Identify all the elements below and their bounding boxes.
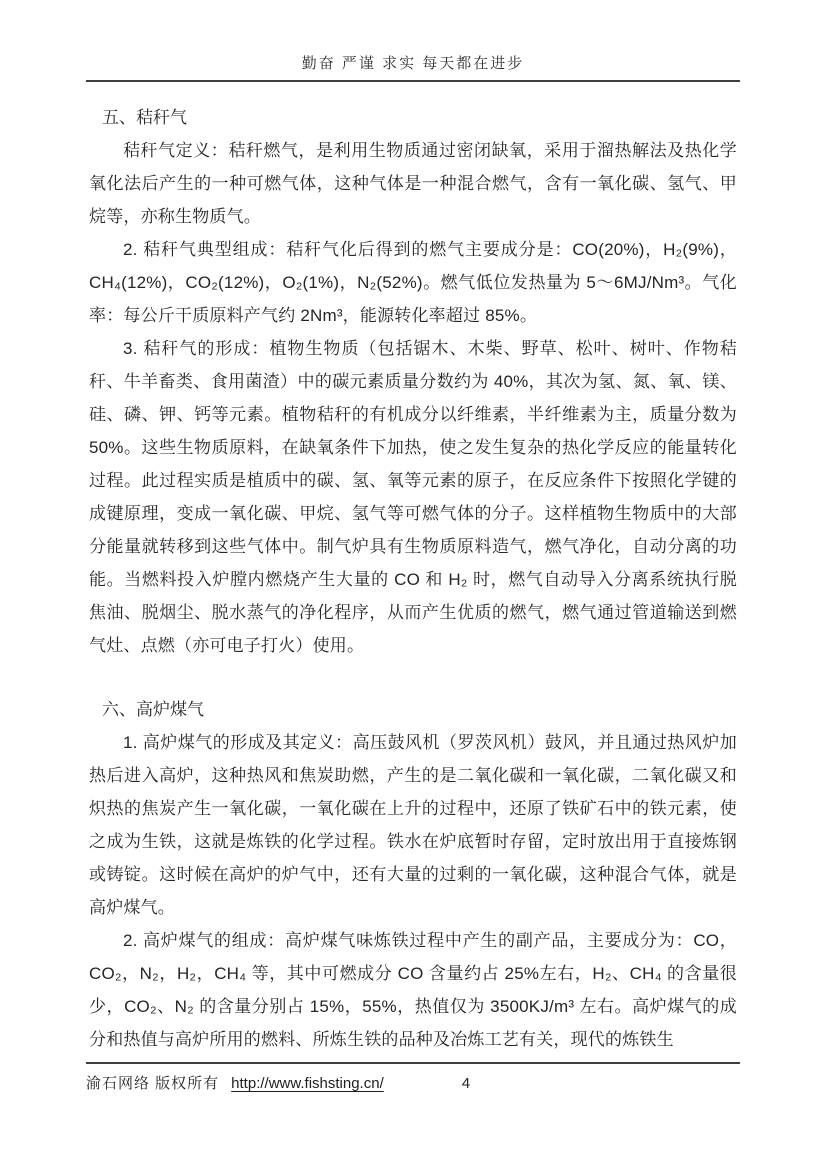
page-header: 勤奋 严谨 求实 每天都在进步 xyxy=(86,0,740,82)
paragraph: 秸秆气定义：秸秆燃气，是利用生物质通过密闭缺氧，采用于溜热解法及热化学氧化法后产… xyxy=(89,134,737,233)
document-body: 五、秸秆气 秸秆气定义：秸秆燃气，是利用生物质通过密闭缺氧，采用于溜热解法及热化… xyxy=(89,101,737,1056)
document-page: 勤奋 严谨 求实 每天都在进步 五、秸秆气 秸秆气定义：秸秆燃气，是利用生物质通… xyxy=(0,0,826,1169)
paragraph: 3. 秸秆气的形成：植物生物质（包括锯木、木柴、野草、松叶、树叶、作物秸秆、牛羊… xyxy=(89,332,737,662)
section-title-straw-gas: 五、秸秆气 xyxy=(89,101,737,134)
footer-copyright: 渝石网络 版权所有 xyxy=(86,1072,219,1093)
section-straw-gas: 五、秸秆气 秸秆气定义：秸秆燃气，是利用生物质通过密闭缺氧，采用于溜热解法及热化… xyxy=(89,101,737,662)
page-footer: 渝石网络 版权所有 http://www.fishsting.cn/ 4 xyxy=(86,1062,740,1093)
paragraph: 2. 高炉煤气的组成：高炉煤气味炼铁过程中产生的副产品，主要成分为：CO，CO₂… xyxy=(89,924,737,1056)
footer-url-link[interactable]: http://www.fishsting.cn/ xyxy=(231,1075,384,1092)
footer-page-number: 4 xyxy=(462,1075,470,1092)
header-rule xyxy=(86,80,740,82)
paragraph: 2. 秸秆气典型组成：秸秆气化后得到的燃气主要成分是：CO(20%)，H₂(9%… xyxy=(89,233,737,332)
header-motto: 勤奋 严谨 求实 每天都在进步 xyxy=(86,0,740,73)
paragraph: 1. 高炉煤气的形成及其定义：高压鼓风机（罗茨风机）鼓风，并且通过热风炉加热后进… xyxy=(89,726,737,924)
section-title-blast-furnace-gas: 六、高炉煤气 xyxy=(89,693,737,726)
section-blast-furnace-gas: 六、高炉煤气 1. 高炉煤气的形成及其定义：高压鼓风机（罗茨风机）鼓风，并且通过… xyxy=(89,693,737,1056)
